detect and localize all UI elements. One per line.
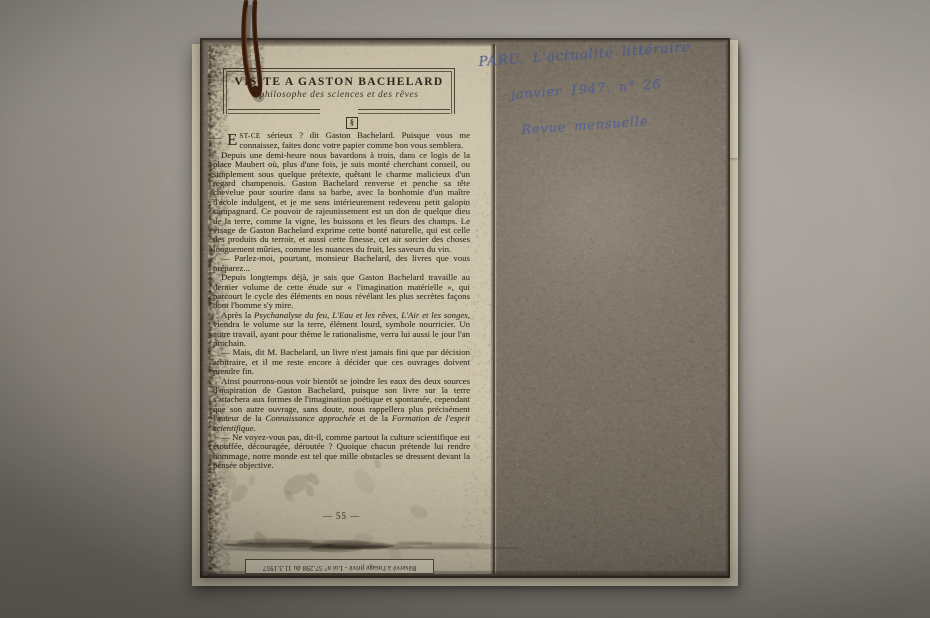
article-paragraph: — Parlez-moi, pourtant, monsieur Bachela… (213, 254, 470, 273)
paragraph-segment: E (226, 131, 239, 148)
photo-scene: VISITE A GASTON BACHELARD philosophe des… (0, 0, 930, 618)
privacy-law-stamp: Réservé à l'usage privé - Loi n° 57.298 … (245, 559, 434, 574)
paragraph-segment: sérieux ? dit Gaston Bachelard. Puisque … (239, 130, 470, 150)
paragraph-segment: — Mais, dit M. Bachelard, un livre n'est… (213, 347, 470, 376)
binding-cord (222, 0, 282, 132)
paragraph-segment: Depuis une demi-heure nous bavardons à t… (213, 150, 470, 254)
article-paragraph: — Ne voyez-vous pas, dit-il, comme parto… (213, 433, 470, 471)
article-paragraph: Depuis longtemps déjà, je sais que Gasto… (213, 273, 470, 311)
paragraph-segment: — Parlez-moi, pourtant, monsieur Bachela… (213, 253, 470, 272)
article-paragraph: — EST-CE sérieux ? dit Gaston Bachelard.… (213, 131, 470, 151)
page-number: — 55 — (213, 511, 470, 521)
article-paragraph: — Mais, dit M. Bachelard, un livre n'est… (213, 348, 470, 376)
paragraph-segment: Connaissance approchée (265, 413, 355, 423)
article-paragraph: Depuis une demi-heure nous bavardons à t… (213, 151, 470, 254)
paragraph-segment: et de la (355, 413, 392, 423)
article-paragraph: Après la Psychanalyse du feu, L'Eau et l… (213, 311, 470, 349)
paragraph-segment: — (213, 131, 222, 143)
paragraph-segment: ST-CE (239, 132, 260, 140)
paragraph-segment: — Ne voyez-vous pas, dit-il, comme parto… (213, 432, 470, 470)
title-box-bottom-rule-right (358, 109, 450, 114)
paragraph-segment: Depuis longtemps déjà, je sais que Gasto… (213, 272, 470, 310)
article-paragraph: Ainsi pourrons-nous voir bientôt se join… (213, 377, 470, 433)
section-mark-icon: § (346, 117, 358, 129)
article-body: — EST-CE sérieux ? dit Gaston Bachelard.… (213, 131, 470, 471)
